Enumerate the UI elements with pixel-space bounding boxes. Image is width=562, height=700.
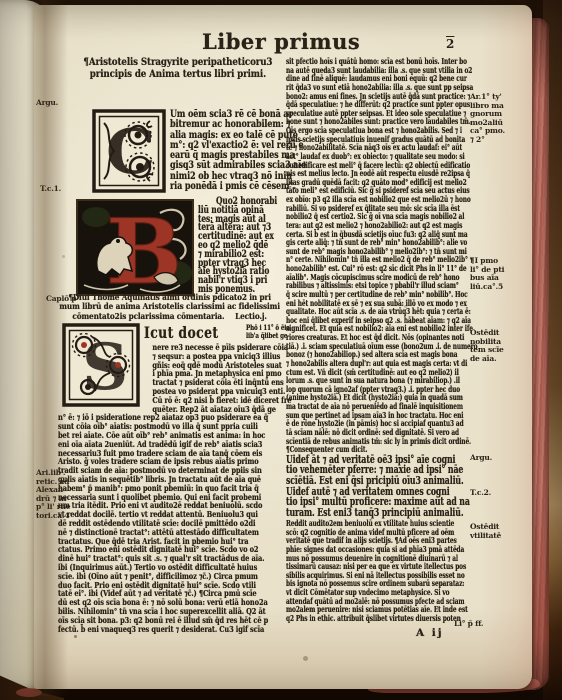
- folio-number: 2: [446, 37, 454, 51]
- woodcut-initial-b: B: [76, 199, 194, 296]
- margin-note-nobilitas: Ostēditnobilitatem scīede aīa.: [470, 329, 528, 363]
- commentary-text-right-column: sit pfectio hoīs i quātū homo: scīa est …: [286, 57, 467, 454]
- aristotle-text-translation-2: Uidef autē ⁊ ad veritatem omnes cognitio…: [286, 487, 467, 518]
- margin-note-argu-left: Argu.: [36, 99, 58, 108]
- aristotle-text-old-translation: Um oēm scia3 rē cē bonā arbitremur ac ho…: [170, 109, 286, 191]
- commentary-text-right-column-2: Reddit audito2em beniuolū ex vtilitate h…: [286, 519, 467, 623]
- chapter-heading: ¶Aristotelis Stragyrite peripatheticoru3…: [70, 57, 286, 80]
- margin-note-utilitas: Ostēditvtilitatē: [470, 523, 528, 540]
- running-title: Liber primus: [202, 29, 360, 54]
- incunable-book-photo: Liber primus 2 Argu. T.c.1. Caplō p° Ari…: [0, 0, 562, 700]
- bottom-left-red-edge: [16, 688, 42, 697]
- aristotle-text-translation-1: Uidef āt ⁊ ad veritatē oē3 ipsi° aīe cog…: [286, 455, 467, 486]
- commentary-heading: ¶Diui Thome Aquinatis almi ordinis pdica…: [54, 294, 285, 322]
- margin-note-de-partibus: ¶I pmoli° de ptibus aīaliū.ca°.5: [470, 257, 528, 291]
- commentary-incipit: Icut docet: [144, 323, 250, 342]
- margin-note-tc2: T.c.2.: [470, 489, 491, 498]
- margin-note-magna-moralia: Ar.1° ty'libro magnorummo2aliūca° pmo.⁊ …: [470, 93, 528, 145]
- quire-signature: A ij: [416, 627, 444, 639]
- aristotle-text-continued: Quo2 honorabiliū notitiā opinātes: magis…: [198, 198, 290, 295]
- margin-note-tc1: T.c.1.: [40, 185, 61, 194]
- book-page: Liber primus 2 Argu. T.c.1. Caplō p° Ari…: [34, 5, 532, 689]
- foxing-specks: [74, 635, 77, 638]
- margin-note-argu-right: Argu.: [470, 454, 492, 463]
- woodcut-initial-c: C: [92, 109, 166, 193]
- commentary-text-left-column: nere re3 necesse ē pīis psiderare cōia⁊ …: [58, 343, 287, 633]
